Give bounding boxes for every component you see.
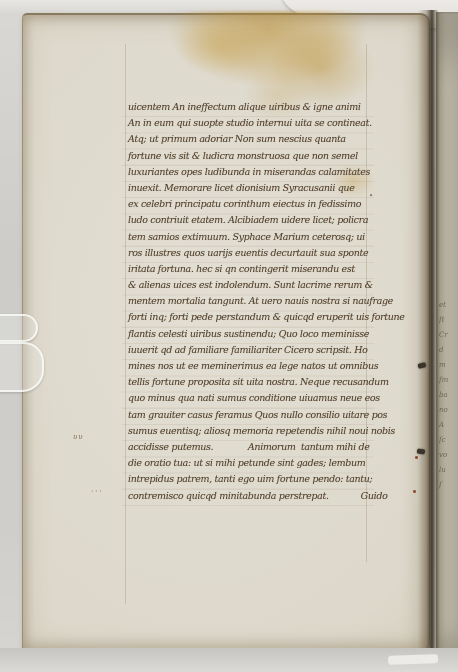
text-line: contremisco quicqd minitabunda perstrepa… <box>128 489 374 505</box>
ruling-line-left <box>125 44 126 604</box>
text-line: fortune vis sit & ludicra monstruosa que… <box>128 149 374 165</box>
text-line: mines nos ut ee meminerimus ea lege nato… <box>128 359 374 375</box>
facing-page-text-fragment: et <box>439 298 448 313</box>
backdrop-white-sliver <box>388 654 438 665</box>
text-line: inuexit. Memorare licet dionisium Syracu… <box>128 181 374 197</box>
gutter-speck <box>415 456 418 459</box>
text-line: intrepidus patrem, tanti ego uim fortune… <box>128 472 374 488</box>
text-line: die oratio tua: ut si mihi petunde sint … <box>128 456 374 472</box>
facing-page-text-fragment: ſt <box>439 313 448 328</box>
text-line: tellis fortune proposita sit uita nostra… <box>128 375 374 391</box>
text-line: flantis celesti uiribus sustinendu; Quo … <box>128 327 374 343</box>
text-line: uicentem An ineffectum alique uiribus & … <box>128 100 374 116</box>
facing-page-text-fragment: m <box>439 358 448 373</box>
facing-page-text-fragment: ſm <box>439 373 448 388</box>
text-line: ex celebri principatu corinthum eiectus … <box>128 197 374 213</box>
facing-page-edge: etſtCrdmſmbanoAſcvoluſ <box>436 12 458 672</box>
clip-band <box>0 342 44 392</box>
text-line: mentem mortalia tangunt. At uero nauis n… <box>128 294 374 310</box>
facing-page-text-fragment: no <box>439 403 448 418</box>
facing-page-text-fragment: lu <box>439 463 448 478</box>
manuscript-photo: uicentem An ineffectum alique uiribus & … <box>0 0 458 672</box>
text-line: & alienas uices est indolendum. Sunt lac… <box>128 278 374 294</box>
facing-page-text-fragment: vo <box>439 448 448 463</box>
gutter-speck <box>413 490 416 493</box>
text-line: luxuriantes opes ludibunda in miserandas… <box>128 165 374 181</box>
text-line: sumus euentisq; aliosq memoria repetendi… <box>128 424 374 440</box>
text-line: iritata fortuna. hec si qn contingerit m… <box>128 262 374 278</box>
text-line: Atq; ut primum adoriar Non sum nescius q… <box>128 132 374 148</box>
text-line: accidisse putemus. Animorum tantum mihi … <box>128 440 374 456</box>
text-line: ludo contriuit etatem. Alcibiadem uidere… <box>128 213 374 229</box>
text-line: forti inq; forti pede perstandum & quicq… <box>128 310 374 326</box>
text-line: ros illustres quos uarijs euentis decurt… <box>128 246 374 262</box>
sewing-thread <box>417 448 426 454</box>
gutter-shadow <box>418 10 438 672</box>
facing-page-text-fragment: ſ <box>439 478 448 493</box>
page-holder-clip <box>0 306 46 398</box>
text-line: quo minus qua nati sumus conditione uiua… <box>128 391 374 407</box>
facing-page-text-fragment: d <box>439 343 448 358</box>
text-line: tem samios extimuum. Syphace Marium cete… <box>128 230 374 246</box>
facing-page-text-fragment: ba <box>439 388 448 403</box>
text-line: tam grauiter casus feramus Quos nullo co… <box>128 408 374 424</box>
facing-page-text-fragment: Cr <box>439 328 448 343</box>
text-line: iuuerit qd ad familiare familiariter Cic… <box>128 343 374 359</box>
facing-page-text-fragment: ſc <box>439 433 448 448</box>
clip-band <box>0 314 38 342</box>
text-line: An in eum qui suopte studio internui uit… <box>128 116 374 132</box>
text-block: uicentem An ineffectum alique uiribus & … <box>128 100 374 505</box>
facing-page-text-fragments: etſtCrdmſmbanoAſcvoluſ <box>439 298 448 493</box>
facing-page-text-fragment: A <box>439 418 448 433</box>
